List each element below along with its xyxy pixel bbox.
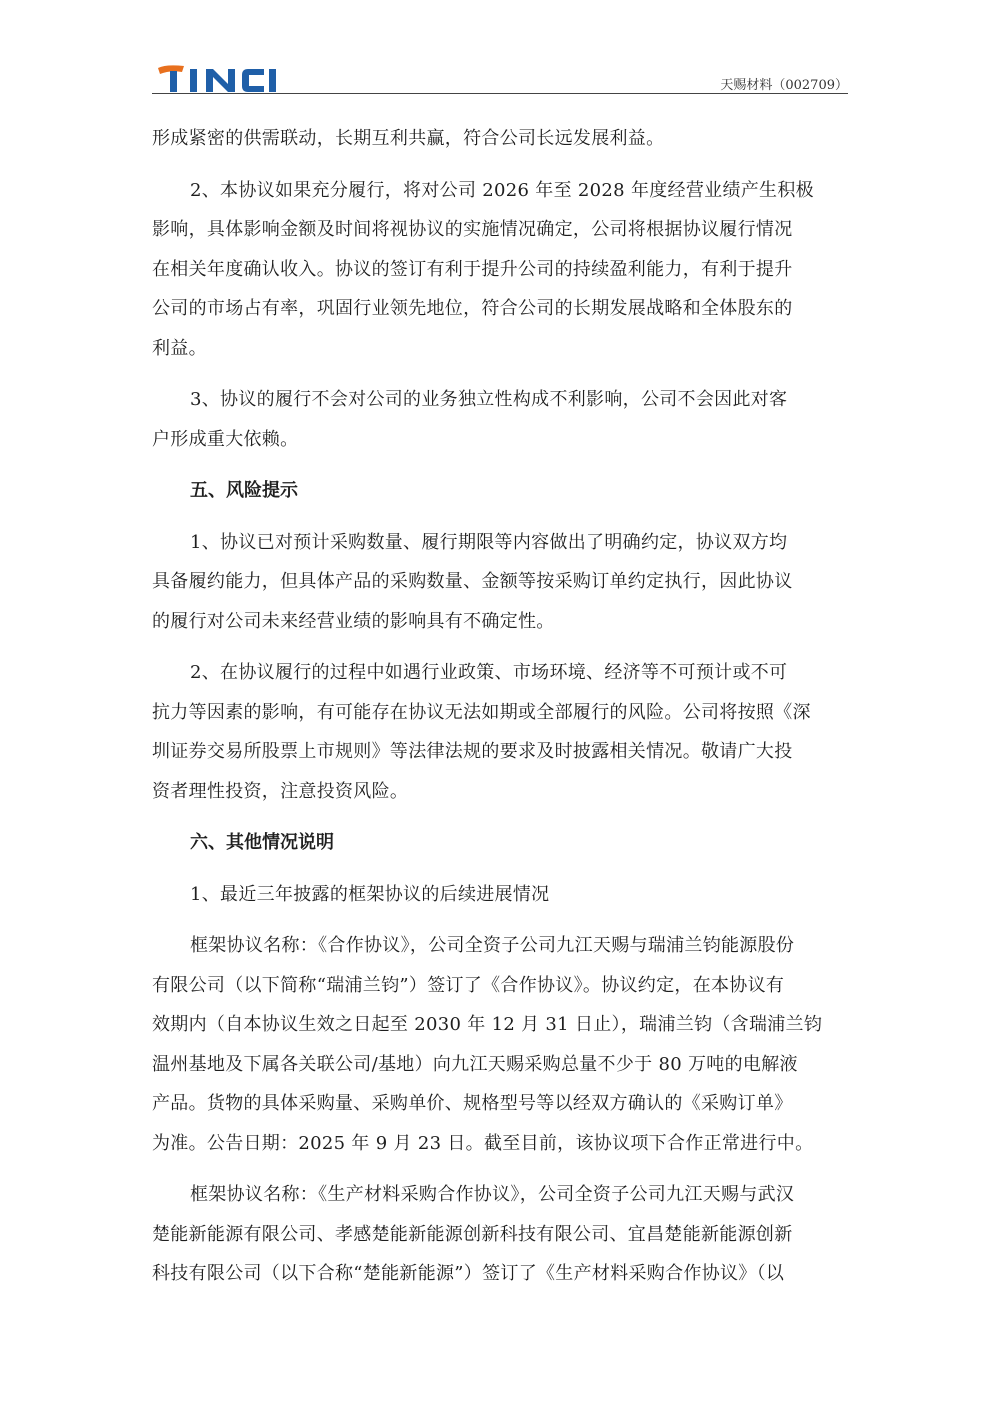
text-line: 2、在协议履行的过程中如遇行业政策、市场环境、经济等不可预计或不可 <box>152 653 848 693</box>
text-line: 影响，具体影响金额及时间将视协议的实施情况确定，公司将根据协议履行情况 <box>152 210 848 250</box>
text-line: 资者理性投资，注意投资风险。 <box>152 772 848 812</box>
text-line: 为准。公告日期：2025 年 9 月 23 日。截至目前，该协议项下合作正常进行… <box>152 1124 848 1164</box>
text-line: 具备履约能力，但具体产品的采购数量、金额等按采购订单约定执行，因此协议 <box>152 562 848 602</box>
text-line: 效期内（自本协议生效之日起至 2030 年 12 月 31 日止），瑞浦兰钧（含… <box>152 1005 848 1045</box>
document-body: 形成紧密的供需联动，长期互利共赢，符合公司长远发展利益。 2、本协议如果充分履行… <box>152 119 848 1306</box>
paragraph-continuation: 形成紧密的供需联动，长期互利共赢，符合公司长远发展利益。 <box>152 119 848 159</box>
text-line: 2、本协议如果充分履行，将对公司 2026 年至 2028 年度经营业绩产生积极 <box>152 171 848 211</box>
paragraph-agreement-1: 框架协议名称：《合作协议》，公司全资子公司九江天赐与瑞浦兰钧能源股份 有限公司（… <box>152 926 848 1163</box>
text-line: 有限公司（以下简称“瑞浦兰钧”）签订了《合作协议》。协议约定，在本协议有 <box>152 966 848 1006</box>
text-line: 公司的市场占有率，巩固行业领先地位，符合公司的长期发展战略和全体股东的 <box>152 289 848 329</box>
subsection-title: 1、最近三年披露的框架协议的后续进展情况 <box>152 875 848 915</box>
text-line: 3、协议的履行不会对公司的业务独立性构成不利影响，公司不会因此对客 <box>152 380 848 420</box>
text-line: 框架协议名称：《合作协议》，公司全资子公司九江天赐与瑞浦兰钧能源股份 <box>152 926 848 966</box>
text-line: 1、协议已对预计采购数量、履行期限等内容做出了明确约定，协议双方均 <box>152 523 848 563</box>
text-line: 形成紧密的供需联动，长期互利共赢，符合公司长远发展利益。 <box>152 119 848 159</box>
text-line: 框架协议名称：《生产材料采购合作协议》，公司全资子公司九江天赐与武汉 <box>152 1175 848 1215</box>
paragraph-independence: 3、协议的履行不会对公司的业务独立性构成不利影响，公司不会因此对客 户形成重大依… <box>152 380 848 459</box>
text-line: 抗力等因素的影响，有可能存在协议无法如期或全部履行的风险。公司将按照《深 <box>152 693 848 733</box>
tinci-logo <box>156 62 286 94</box>
text-line: 的履行对公司未来经营业绩的影响具有不确定性。 <box>152 602 848 642</box>
text-line: 产品。货物的具体采购量、采购单价、规格型号等以经双方确认的《采购订单》 <box>152 1084 848 1124</box>
page-header: 天赐材料（002709） <box>152 60 848 96</box>
text-line: 温州基地及下属各关联公司/基地）向九江天赐采购总量不少于 80 万吨的电解液 <box>152 1045 848 1085</box>
company-stock-label: 天赐材料（002709） <box>720 74 848 93</box>
paragraph-risk-2: 2、在协议履行的过程中如遇行业政策、市场环境、经济等不可预计或不可 抗力等因素的… <box>152 653 848 811</box>
text-line: 在相关年度确认收入。协议的签订有利于提升公司的持续盈利能力，有利于提升 <box>152 250 848 290</box>
text-line: 楚能新能源有限公司、孝感楚能新能源创新科技有限公司、宜昌楚能新能源创新 <box>152 1215 848 1255</box>
header-divider <box>152 93 848 94</box>
text-line: 户形成重大依赖。 <box>152 420 848 460</box>
text-line: 利益。 <box>152 329 848 369</box>
text-line: 圳证券交易所股票上市规则》等法律法规的要求及时披露相关情况。敬请广大投 <box>152 732 848 772</box>
paragraph-agreement-2: 框架协议名称：《生产材料采购合作协议》，公司全资子公司九江天赐与武汉 楚能新能源… <box>152 1175 848 1294</box>
text-line: 科技有限公司（以下合称“楚能新能源”）签订了《生产材料采购合作协议》（以 <box>152 1254 848 1294</box>
text-line: 1、最近三年披露的框架协议的后续进展情况 <box>152 875 848 915</box>
section-heading-risk: 五、风险提示 <box>152 471 848 511</box>
section-heading-other: 六、其他情况说明 <box>152 823 848 863</box>
paragraph-risk-1: 1、协议已对预计采购数量、履行期限等内容做出了明确约定，协议双方均 具备履约能力… <box>152 523 848 642</box>
paragraph-impact: 2、本协议如果充分履行，将对公司 2026 年至 2028 年度经营业绩产生积极… <box>152 171 848 369</box>
